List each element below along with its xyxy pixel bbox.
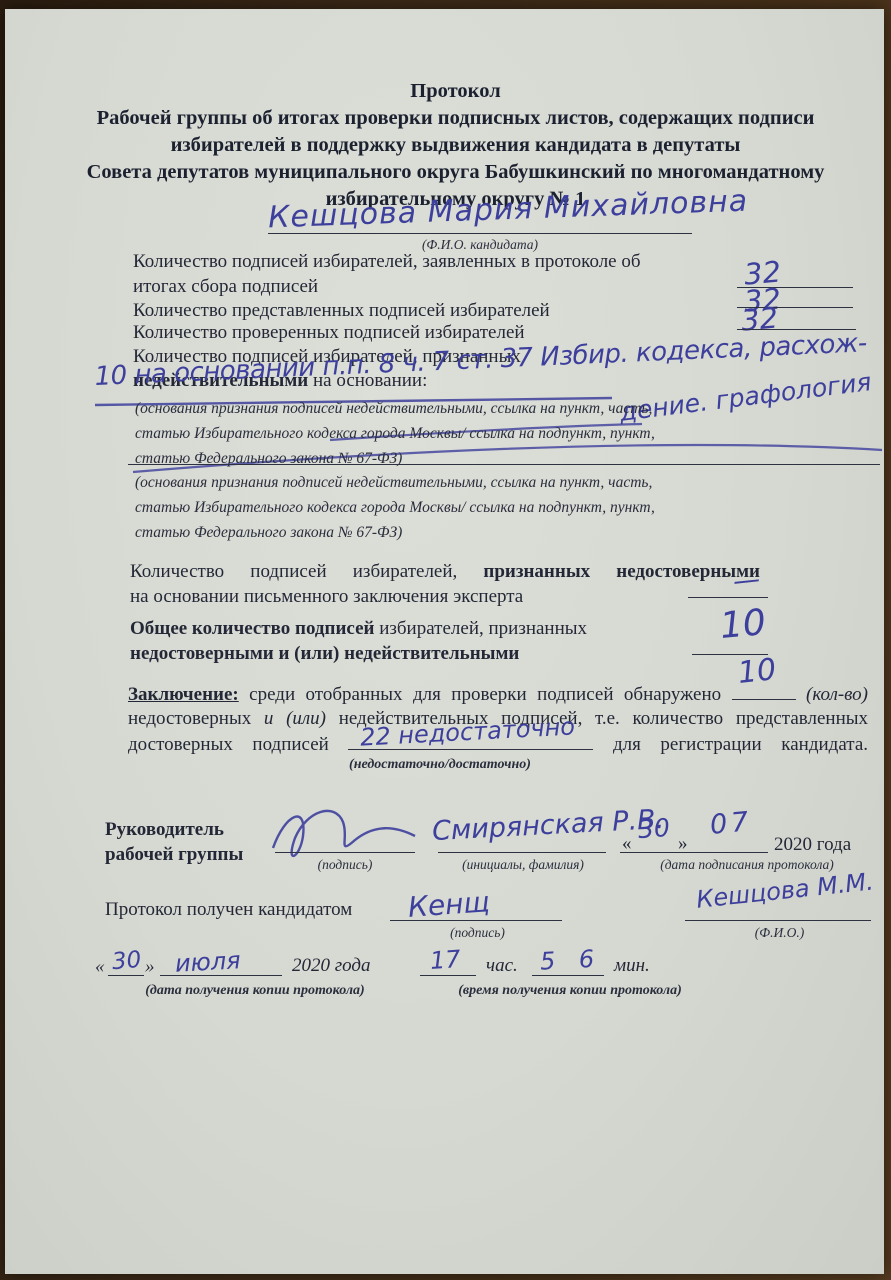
conclusion-line1: Заключение: среди отобранных для проверк… [128, 682, 868, 707]
conclusion-line2-a: недостоверных [128, 708, 264, 729]
copy-month-line [160, 958, 282, 976]
expert-line1-normal: Количество подписей избирателей, [130, 561, 483, 582]
sufficiency-caption: (недостаточно/достаточно) [320, 757, 560, 773]
copy-minute-label: мин. [614, 954, 650, 978]
expert-line1-bold: признанных недостоверными [483, 561, 760, 582]
leader-sign-caption: (подпись) [280, 857, 410, 873]
leader-label-line2: рабочей группы [105, 843, 243, 867]
leader-initials-line [438, 835, 606, 853]
received-sign-caption: (подпись) [415, 925, 540, 941]
conclusion-count-caption: (кол-во) [806, 684, 868, 705]
basis-caption-line: статью Избирательного кодекса города Мос… [135, 495, 695, 520]
title-line: Протокол [80, 78, 831, 105]
leader-label-line1: Руководитель [105, 818, 224, 842]
conclusion-line2-italic: и (или) [264, 708, 326, 729]
total-value-line [692, 637, 768, 655]
leader-date-line [620, 835, 768, 853]
copy-date-caption: (дата получения копии протокола) [105, 983, 405, 999]
expert-value-line [688, 580, 768, 598]
title-line: Совета депутатов муниципального округа Б… [80, 159, 831, 186]
received-fio-line [685, 903, 871, 921]
conclusion-heading: Заключение: [128, 684, 239, 705]
total-line1: Общее количество подписей избирателей, п… [130, 617, 760, 641]
conclusion-line3: достоверных подписей 22 недостаточно для… [128, 732, 868, 757]
conclusion-count-blank: 10 [732, 682, 796, 700]
total-line2: недостоверными и (или) недействительными [130, 642, 760, 666]
count-declared-line2: итогах сбора подписей [133, 275, 733, 299]
leader-sign-line [275, 835, 415, 853]
title-line: избирателей в поддержку выдвижения канди… [80, 132, 831, 159]
expert-line2: на основании письменного заключения эксп… [130, 585, 760, 609]
conclusion-line3-a: достоверных подписей [128, 734, 329, 755]
document-photo: Протокол Рабочей группы об итогах провер… [0, 0, 891, 1280]
copy-hour-label: час. [486, 954, 518, 978]
copy-hour-line [420, 958, 476, 976]
copy-year-label: 2020 года [292, 954, 371, 978]
title-line: Рабочей группы об итогах проверки подпис… [80, 105, 831, 132]
basis-caption-line: (основания признания подписей недействит… [135, 396, 695, 421]
basis-caption-line: статью Федерального закона № 67-ФЗ) [135, 520, 695, 545]
basis-caption-block-2: (основания признания подписей недействит… [135, 470, 695, 545]
copy-date-quote-open: « [95, 955, 105, 979]
leader-date-caption: (дата подписания протокола) [632, 857, 862, 873]
leader-initials-caption: (инициалы, фамилия) [438, 857, 608, 873]
copy-day-line [108, 958, 144, 976]
candidate-name-line [268, 210, 692, 234]
total-line1-bold: Общее количество подписей [130, 618, 374, 639]
count-submitted-label: Количество представленных подписей избир… [133, 299, 733, 323]
copy-time-caption: (время получения копии протокола) [420, 983, 720, 999]
count-checked-line [737, 312, 856, 330]
received-fio-caption: (Ф.И.О.) [732, 925, 827, 941]
received-label: Протокол получен кандидатом [105, 898, 352, 922]
total-line1-rest: избирателей, признанных [374, 618, 587, 639]
basis-caption-line: (основания признания подписей недействит… [135, 470, 695, 495]
leader-year-label: 2020 года [774, 833, 851, 857]
conclusion-sufficiency-blank: 22 недостаточно [348, 732, 593, 750]
copy-date-quote-close: » [145, 955, 155, 979]
basis-blank-line [128, 447, 880, 465]
conclusion-count-handwriting: 10 [736, 658, 776, 686]
conclusion-line3-b: для регистрации кандидата. [613, 734, 868, 755]
basis-caption-line: статью Избирательного кодекса города Мос… [135, 421, 695, 446]
conclusion-line1-text: среди отобранных для проверки подписей о… [239, 684, 721, 705]
expert-line1: Количество подписей избирателей, признан… [130, 560, 760, 584]
copy-minute-line [532, 958, 604, 976]
received-sign-line [390, 903, 562, 921]
count-declared-line1: Количество подписей избирателей, заявлен… [133, 250, 733, 274]
